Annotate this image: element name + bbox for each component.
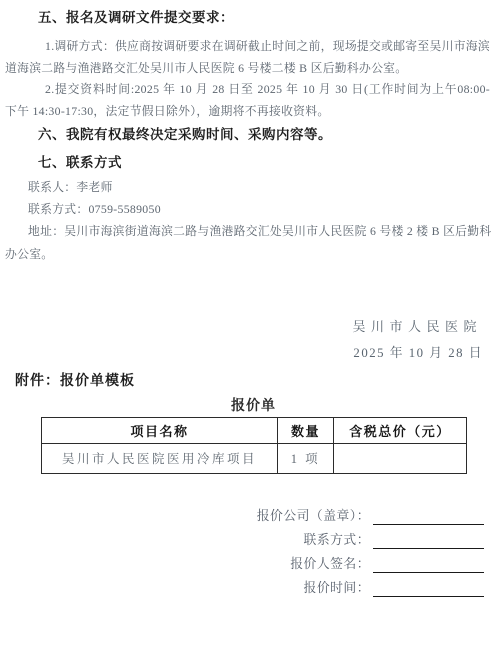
contact-block: 联系人：李老师 联系方式：0759-5589050 地址：吴川市海滨街道海滨二路… [5,176,490,265]
quotation-table-title: 报价单 [41,397,466,414]
signature-blank-line-signer [373,556,484,573]
cell-total-price [334,443,467,473]
contact-person: 联系人：李老师 [5,176,490,198]
document-page: 五、报名及调研文件提交要求： 1.调研方式：供应商按调研要求在调研截止时间之前，… [0,0,494,659]
signature-row-company: 报价公司（盖章）： [5,501,490,525]
section5-heading: 五、报名及调研文件提交要求： [5,9,490,26]
signature-row-contact: 联系方式： [5,525,490,549]
contact-address-line2: 办公室。 [5,243,490,265]
signature-label-signer: 报价人签名： [290,555,370,573]
signature-blank-line-contact [373,532,484,549]
signature-label-time: 报价时间： [304,579,370,597]
signature-block: 报价公司（盖章）： 联系方式： 报价人签名： 报价时间： [5,501,490,597]
table-row: 吴川市人民医院医用冷库项目 1 项 [42,443,467,473]
section6-heading: 六、我院有权最终决定采购时间、采购内容等。 [5,126,490,143]
section5-body: 1.调研方式：供应商按调研要求在调研截止时间之前，现场提交或邮寄至吴川市海滨街 … [5,36,490,123]
contact-address-line1: 地址：吴川市海滨街道海滨二路与渔港路交汇处吴川市人民医院 6 号楼 2 楼 B … [5,220,490,242]
cell-quantity: 1 项 [278,443,334,473]
signature-label-contact: 联系方式： [304,531,370,549]
signature-row-time: 报价时间： [5,573,490,597]
signature-row-signer: 报价人签名： [5,549,490,573]
cell-project-name: 吴川市人民医院医用冷库项目 [42,443,278,473]
section7-heading: 七、联系方式 [5,154,490,171]
attachment-heading: 附件：报价单模板 [5,372,490,389]
header-quantity: 数量 [278,417,334,443]
header-project-name: 项目名称 [42,417,278,443]
para2-line1: 2.提交资料时间:2025 年 10 月 28 日至 2025 年 10 月 3… [5,79,490,101]
signoff-organization: 吴川市人民医院 [5,318,490,335]
para1-line2: 道海滨二路与渔港路交汇处吴川市人民医院 6 号楼二楼 B 区后勤科办公室。 [5,58,490,80]
signature-blank-line-time [373,580,484,597]
table-header-row: 项目名称 数量 含税总价（元） [42,417,467,443]
para1-line1: 1.调研方式：供应商按调研要求在调研截止时间之前，现场提交或邮寄至吴川市海滨街 [5,36,490,58]
para2-line2: 下午 14:30-17:30，法定节假日除外），逾期将不再接收资料。 [5,101,490,123]
quotation-table: 项目名称 数量 含税总价（元） 吴川市人民医院医用冷库项目 1 项 [41,417,467,474]
signature-blank-line-company [373,508,484,525]
signature-label-company: 报价公司（盖章）： [257,507,370,525]
signoff-date: 2025 年 10 月 28 日 [5,345,490,362]
contact-method: 联系方式：0759-5589050 [5,198,490,220]
header-total-price: 含税总价（元） [334,417,467,443]
